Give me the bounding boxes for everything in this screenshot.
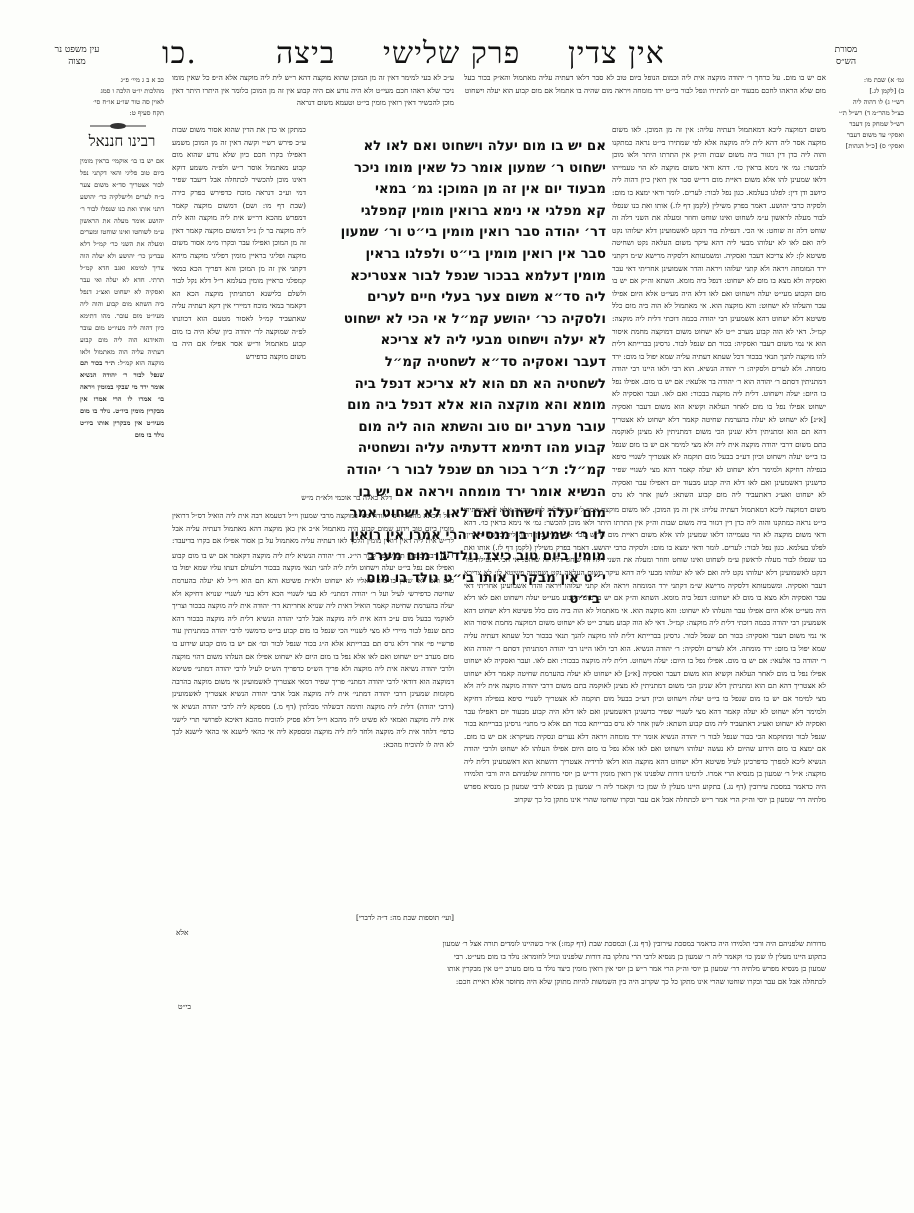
chapter-number: פרק שלישי xyxy=(383,36,520,71)
tosafot-top: ע״כ לא בעי למימר דאין זה מן המוכן שהוא מ… xyxy=(172,72,454,110)
ein-mishpat-line: תקח סעיף ט: xyxy=(60,108,164,119)
gemara-line: קמ״ל: ת״ר בכור תם שנפל לבור ר׳ יהודה xyxy=(314,460,606,482)
masoret-line: ב) [לקמן לג.] xyxy=(832,86,904,97)
masoret-hashas-notes: גמ׳ א) שבת מו: ב) [לקמן לג.] רש״י ג) לו … xyxy=(832,75,904,152)
masoret-line: ואסקי׳ ס) [כ״ל הגהות] xyxy=(832,141,904,152)
rashi-bottom-line: לכתחלה אבל אם עבר ובקרו שוחטו שהרי אינו … xyxy=(172,976,826,989)
rabbeinu-chananel-baraita: ת״ר בכור תם שנפל לבור ר׳ יהודה הנשיא אומ… xyxy=(80,359,164,438)
rashi-bottom: מדורות שלפניהם היה ורבי תלמידו היה כדאמר… xyxy=(172,938,826,988)
rashi-top: אם יש בו מום. על כרחך ר׳ יהודה מוקצה אית… xyxy=(464,72,826,97)
masoret-line: כצ״ל מהר״מ ד) רש״ל ת״׳ xyxy=(832,108,904,119)
tosafot-tanan-text: רבנן בבכור תם שנפל לבור הי״ג. דר׳ יהודה … xyxy=(172,551,454,749)
rashi-bottom-line: מדורות שלפניהם היה ורבי תלמידו היה כדאמר… xyxy=(172,938,826,951)
ein-mishpat-label: עין משפט נר מצוה xyxy=(52,44,102,68)
gemara-line: ישחוט ר׳ שמעון אומר כל שאין מומו ניכר xyxy=(314,158,606,180)
rashi-lower: משום דמוקצה ליכא דמאתמול דעתיה עליה: אין… xyxy=(464,504,826,924)
tosafot-column: כמתקן או כדן את הדין שהוא אסור משום שבות… xyxy=(172,124,306,492)
masoret-line: רש״י ג) לו דהוה ליה xyxy=(832,97,904,108)
tosafot-lower: דכל דוכתא מחמיר רבי יהודה טפי במוקצה מרב… xyxy=(172,510,454,910)
ein-mishpat-line: כב א ב ג מיי׳ פ״ג xyxy=(60,75,164,86)
masoret-line: ואסקי׳ עד משום דעבר xyxy=(832,130,904,141)
masoret-hashas-label: מסורת הש״ס xyxy=(826,44,866,68)
gemara-line: ולסקיה כר׳ יהושע קמ״ל אי הכי לא ישחוט xyxy=(314,309,606,331)
gemara-line: מומא והא מוקצה הוא אלא דנפל ביה מום xyxy=(314,395,606,417)
rabbeinu-chananel-title: רבינו חננאל xyxy=(80,132,164,151)
tosafot-dibbur-tanan: תנן xyxy=(440,547,454,561)
folio-number: כו. xyxy=(162,36,197,71)
gemara-line: סבר אין רואין מומין בי״ט ולפלגו בראין xyxy=(314,244,606,266)
ein-mishpat-line: לאוין סה טור שו״ע או״ח סי׳ xyxy=(60,97,164,108)
gemara-line: לשחטיה הא תם הוא לא צריכא דנפל ביה xyxy=(314,374,606,396)
gemara-line: דעבר ואסקיה סד״א לשחטיה קמ״ל xyxy=(314,352,606,374)
gemara-line: קבוע מהו דתימא דדעתיה עליה ונשחטיה xyxy=(314,438,606,460)
ein-mishpat-notes: כב א ב ג מיי׳ פ״ג מהלכות יו״ט הלכה ו סמג… xyxy=(60,75,164,119)
masoret-line: גמ׳ א) שבת מו: xyxy=(832,75,904,86)
gemara-line: דר׳ יהודה סבר רואין מומין בי״ט ור׳ שמעון xyxy=(314,222,606,244)
gemara-line: לא יעלה וישחוט מבעי ליה לא צריכא xyxy=(314,330,606,352)
rabbeinu-chananel-body: אם יש בו בו׳ אוקמי׳ בראין מומין ביום טוב… xyxy=(80,157,164,367)
gemara-line: עובר מערב יום טוב והשתא הוה ליה מום xyxy=(314,417,606,439)
rabbeinu-chananel-text: אם יש בו בו׳ אוקמי׳ בראין מומין ביום טוב… xyxy=(80,156,164,442)
rashi-bottom-line: שמעון בן מנסיא מפרש מלתיה דר׳ שמעון בן י… xyxy=(172,963,826,976)
page-catchword: בי״ט xyxy=(178,1002,191,1011)
tosafot-subline: דלא כאלה בר אוכמי ולא״ת מ״ש xyxy=(172,492,392,505)
tosafot-continuation: דכל דוכתא מחמיר רבי יהודה טפי במוקצה מרב… xyxy=(172,511,454,545)
masoret-line: רש״ל שמחק מן דעבר xyxy=(832,119,904,130)
tosafot-bracket-note: [ועי׳ תוספות שבת מה: ד״ה לדברי] xyxy=(300,912,454,925)
ein-mishpat-line: מהלכות יו״ט הלכה ו סמג xyxy=(60,86,164,97)
gemara-line: מבעוד יום אין זה מן המוכן: גמ׳ במאי xyxy=(314,179,606,201)
gemara-line: מומין דעלמא בבכור שנפל לבור אצטריכא xyxy=(314,266,606,288)
gemara-line: אם יש בו מום יעלה וישחוט ואם לאו לא xyxy=(314,136,606,158)
chapter-title: אין צדין xyxy=(568,36,665,71)
tosafot-catchword: אלא xyxy=(176,928,189,937)
rashi-bottom-line: בתקוע היינו מעלין לו שמן כו׳ וקאמר ליה ר… xyxy=(172,951,826,964)
gemara-line: קא מפלגי אי נימא ברואין מומין קמפלגי xyxy=(314,201,606,223)
rashi-lower-text: משום דמוקצה ליכא דמאתמול דעתיה עליה: אין… xyxy=(464,505,826,804)
rashi-column: משום דמוקצה ליכא דמאתמול דעתיה עליה: אין… xyxy=(612,124,826,504)
gemara-line: ליה סד״א משום צער בעלי חיים לערים xyxy=(314,287,606,309)
tractate-name: ביצה xyxy=(276,36,335,71)
